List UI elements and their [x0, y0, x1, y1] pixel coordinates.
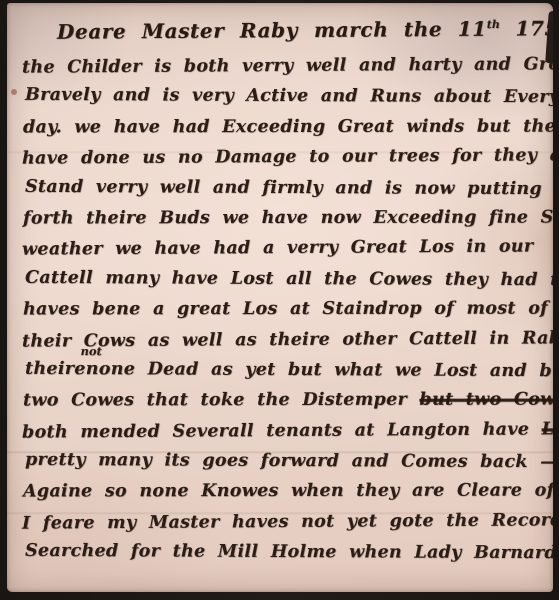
- letter-paper: Deare Master Rabymarch the 11th 1750 the…: [7, 3, 553, 592]
- letter-line: I feare my Master haves not yet gote the…: [22, 505, 545, 539]
- line-text-pre: two Cowes that toke the Distemper: [23, 390, 419, 411]
- letter-line-with-strikethrough: two Cowes that toke the Distemper but tw…: [23, 385, 546, 416]
- date-prefix: march the 11: [314, 17, 487, 42]
- letter-line: Searched for the Mill Holme when Lady Ba…: [25, 536, 548, 569]
- line-text: Stand verry well and firmly and is now p…: [25, 176, 542, 198]
- line-text-pre: theire: [25, 359, 86, 379]
- line-text: haves bene a great Los at Staindrop of m…: [23, 299, 548, 320]
- date-year: 1750: [515, 16, 553, 40]
- line-text-pre: both mended Severall tenants at Langton …: [22, 419, 542, 442]
- line-text: forth theire Buds we have now Exceeding …: [23, 207, 553, 228]
- letter-line: Againe so none Knowes when they are Clea…: [23, 476, 546, 507]
- struck-text: Lost: [542, 419, 553, 439]
- line-text: Cattell many have Lost all the Cowes the…: [25, 268, 553, 291]
- inserted-word-above-line: not: [80, 346, 101, 357]
- line-text: Searched for the Mill Holme when Lady Ba…: [25, 541, 553, 563]
- letter-line: Cattell many have Lost all the Cowes the…: [25, 263, 548, 296]
- letter-line: the Childer is both verry well and harty…: [22, 49, 545, 83]
- line-text: Againe so none Knowes when they are Clea…: [23, 481, 553, 502]
- line-text-post: none Dead as yet but what we Lost and bu…: [86, 359, 553, 381]
- line-text: pretty many its goes forward and Comes b…: [25, 450, 553, 472]
- line-text: Bravely and is very Active and Runs abou…: [25, 85, 553, 107]
- letter-body: the Childer is both verry well and harty…: [22, 51, 545, 568]
- line-text: theirenot: [25, 359, 86, 379]
- ink-fleck: [11, 89, 17, 95]
- letter-scan: Deare Master Rabymarch the 11th 1750 the…: [0, 0, 559, 600]
- line-text: I feare my Master haves not yet gote the…: [22, 510, 553, 533]
- line-text: have done us no Damage to our trees for …: [22, 145, 553, 168]
- letter-line-with-strikethrough: both mended Severall tenants at Langton …: [22, 414, 545, 448]
- letter-line: have done us no Damage to our trees for …: [22, 141, 545, 175]
- letter-line-with-insertion: theirenotnone Dead as yet but what we Lo…: [25, 354, 548, 387]
- letter-line: pretty many its goes forward and Comes b…: [25, 445, 548, 478]
- letter-line: forth theire Buds we have now Exceeding …: [23, 202, 546, 233]
- line-text: weather we have had a verry Great Los in…: [22, 237, 534, 260]
- letter-line: Stand verry well and firmly and is now p…: [25, 171, 548, 204]
- date-ordinal: th: [487, 18, 500, 31]
- salutation: Deare Master Raby: [57, 18, 298, 44]
- letter-heading: Deare Master Rabymarch the 11th 1750: [57, 16, 553, 43]
- line-text: the Childer is both verry well and harty…: [22, 54, 553, 77]
- struck-text: but two Cow: [419, 390, 553, 410]
- line-text: day. we have had Exceeding Great winds b…: [23, 116, 553, 137]
- letter-line: haves bene a great Los at Staindrop of m…: [23, 294, 546, 325]
- letter-line: day. we have had Exceeding Great winds b…: [23, 111, 546, 142]
- letter-line: weather we have had a verry Great Los in…: [22, 232, 545, 266]
- letter-line: Bravely and is very Active and Runs abou…: [25, 80, 548, 113]
